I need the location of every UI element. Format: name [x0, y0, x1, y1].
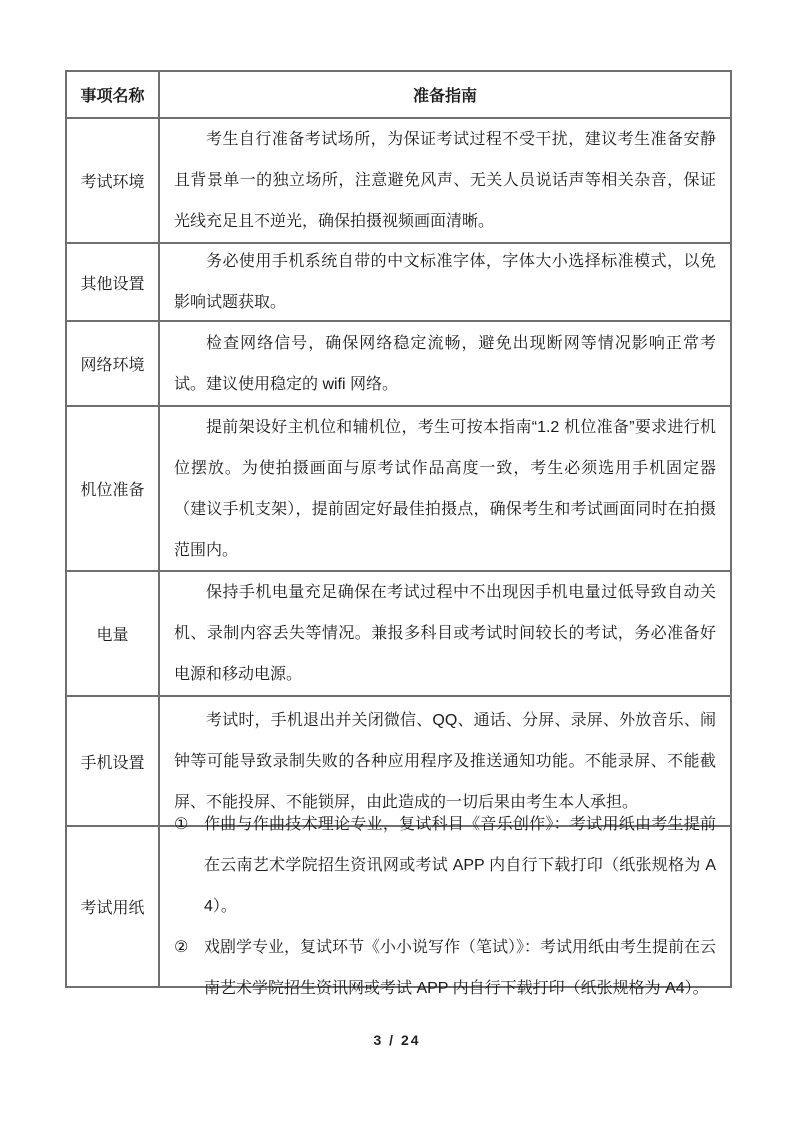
row-label-exam-paper: 考试用纸 [67, 827, 160, 986]
table-row: 机位准备 提前架设好主机位和辅机位，考生可按本指南“1.2 机位准备”要求进行机… [67, 405, 730, 570]
row-label-network-environment: 网络环境 [67, 322, 160, 405]
guide-text-battery: 保持手机电量充足确保在考试过程中不出现因手机电量过低导致自动关机、录制内容丢失等… [174, 572, 716, 695]
guide-text-exam-environment: 考生自行准备考试场所，为保证考试过程不受干扰，建议考生准备安静且背景单一的独立场… [174, 119, 716, 242]
guide-text-network-environment: 检查网络信号，确保网络稳定流畅，避免出现断网等情况影响正常考试。建议使用稳定的 … [174, 323, 716, 405]
list-marker-1: ① [174, 804, 204, 927]
row-label-exam-environment: 考试环境 [67, 119, 160, 242]
header-cell-item-name: 事项名称 [67, 72, 160, 117]
table-row: 电量 保持手机电量充足确保在考试过程中不出现因手机电量过低导致自动关机、录制内容… [67, 570, 730, 695]
table-row: 考试环境 考生自行准备考试场所，为保证考试过程不受干扰，建议考生准备安静且背景单… [67, 117, 730, 242]
table-row: 考试用纸 ① 作曲与作曲技术理论专业，复试科目《音乐创作》：考试用纸由考生提前在… [67, 825, 730, 986]
header-cell-guide: 准备指南 [160, 72, 730, 117]
list-item: ② 戏剧学专业，复试环节《小小说写作（笔试）》：考试用纸由考生提前在云南艺术学院… [174, 927, 716, 1009]
list-item: ① 作曲与作曲技术理论专业，复试科目《音乐创作》：考试用纸由考生提前在云南艺术学… [174, 804, 716, 927]
row-label-phone-settings: 手机设置 [67, 697, 160, 825]
list-text-2: 戏剧学专业，复试环节《小小说写作（笔试）》：考试用纸由考生提前在云南艺术学院招生… [204, 927, 716, 1009]
list-text-1: 作曲与作曲技术理论专业，复试科目《音乐创作》：考试用纸由考生提前在云南艺术学院招… [204, 804, 716, 927]
guide-text-other-settings: 务必使用手机系统自带的中文标准字体，字体大小选择标准模式，以免影响试题获取。 [174, 241, 716, 323]
row-label-camera-setup: 机位准备 [67, 407, 160, 570]
list-marker-2: ② [174, 927, 204, 1009]
table-header-row: 事项名称 准备指南 [67, 72, 730, 117]
page-number: 3 / 24 [0, 1032, 794, 1048]
table-row: 其他设置 务必使用手机系统自带的中文标准字体，字体大小选择标准模式，以免影响试题… [67, 242, 730, 320]
row-label-other-settings: 其他设置 [67, 244, 160, 320]
document-page: { "page": { "footer": "3 / 24" }, "color… [0, 0, 794, 1123]
row-label-battery: 电量 [67, 572, 160, 695]
table-row: 网络环境 检查网络信号，确保网络稳定流畅，避免出现断网等情况影响正常考试。建议使… [67, 320, 730, 405]
preparation-guide-table: 事项名称 准备指南 考试环境 考生自行准备考试场所，为保证考试过程不受干扰，建议… [65, 70, 732, 988]
exam-paper-list: ① 作曲与作曲技术理论专业，复试科目《音乐创作》：考试用纸由考生提前在云南艺术学… [174, 804, 716, 1009]
guide-text-camera-setup: 提前架设好主机位和辅机位，考生可按本指南“1.2 机位准备”要求进行机位摆放。为… [174, 407, 716, 571]
